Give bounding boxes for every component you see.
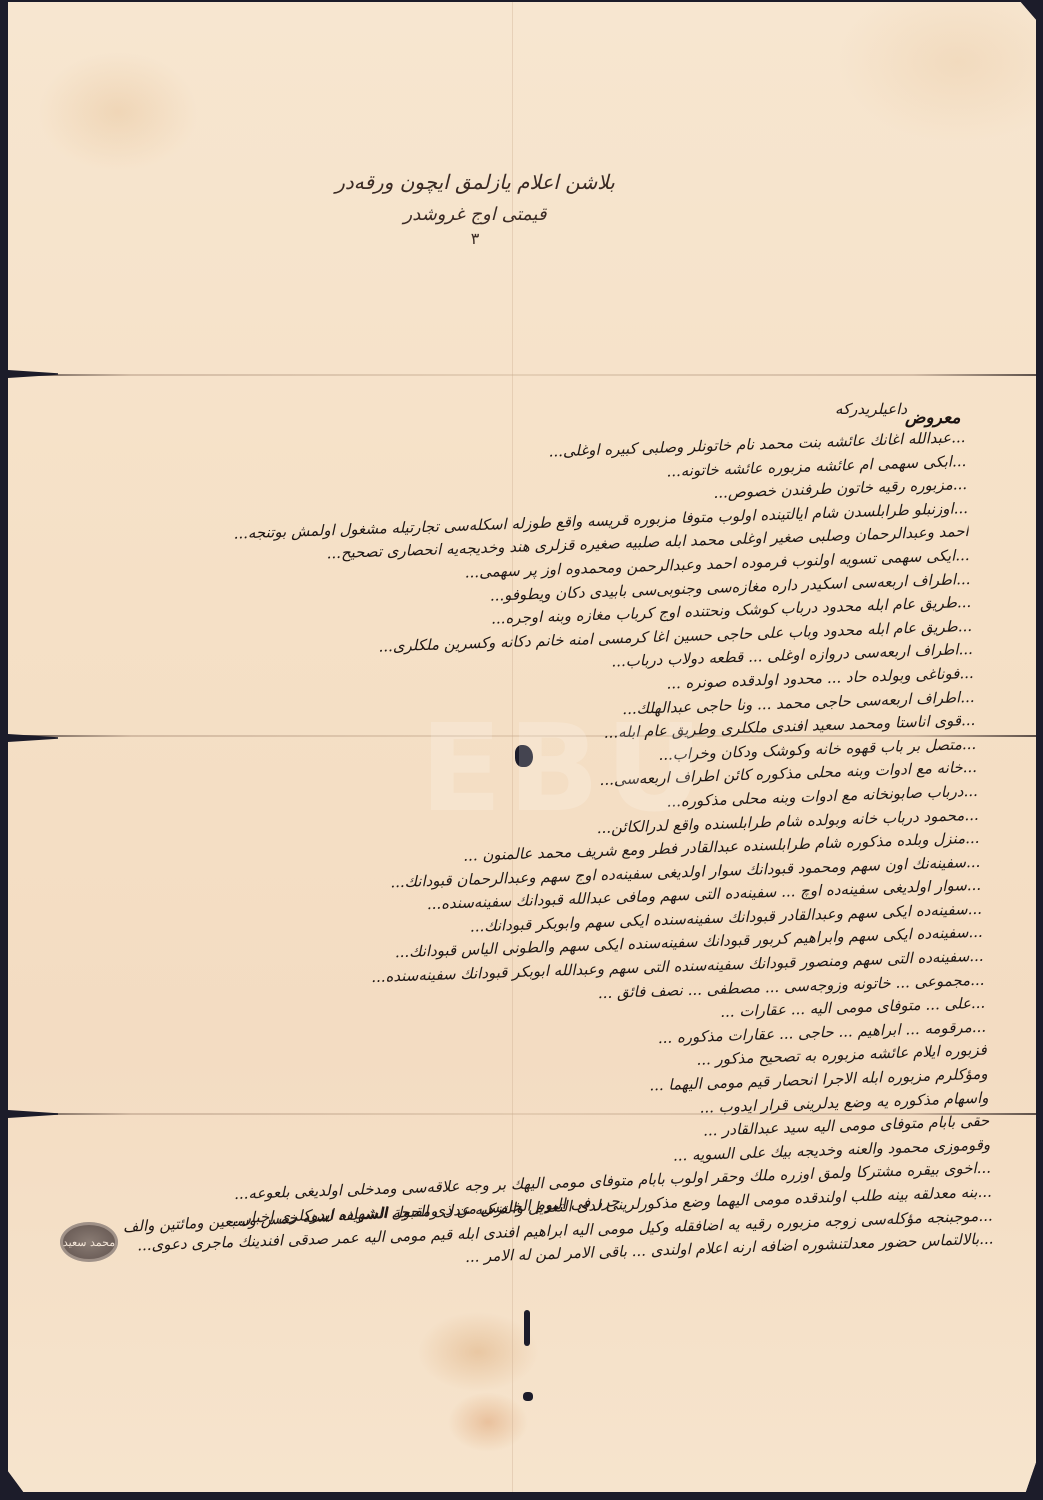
header-price-text: قیمتی اوج غروشدر <box>330 204 620 225</box>
opening-marud: معروض <box>905 408 960 428</box>
edge-tear <box>8 370 58 378</box>
header-stamp-text: بلاشن اعلام یازلمق ایچون ورقه‌در <box>330 170 620 194</box>
opening-dailer: داعیلریدرکه <box>835 400 907 418</box>
document-header: بلاشن اعلام یازلمق ایچون ورقه‌در قیمتی ا… <box>330 170 620 248</box>
fold-line-top <box>8 374 1036 376</box>
paper-hole <box>524 1310 530 1346</box>
document-body: ...عبدالله اغانك عائشه بنت محمد نام خاتو… <box>51 426 994 1283</box>
seal-text: محمد سعید <box>63 1236 115 1249</box>
paper-hole <box>515 745 533 767</box>
edge-tear <box>8 1110 58 1118</box>
seal-stamp: محمد سعید <box>60 1222 118 1262</box>
header-number: ٣ <box>330 229 620 248</box>
paper-hole <box>523 1392 533 1401</box>
